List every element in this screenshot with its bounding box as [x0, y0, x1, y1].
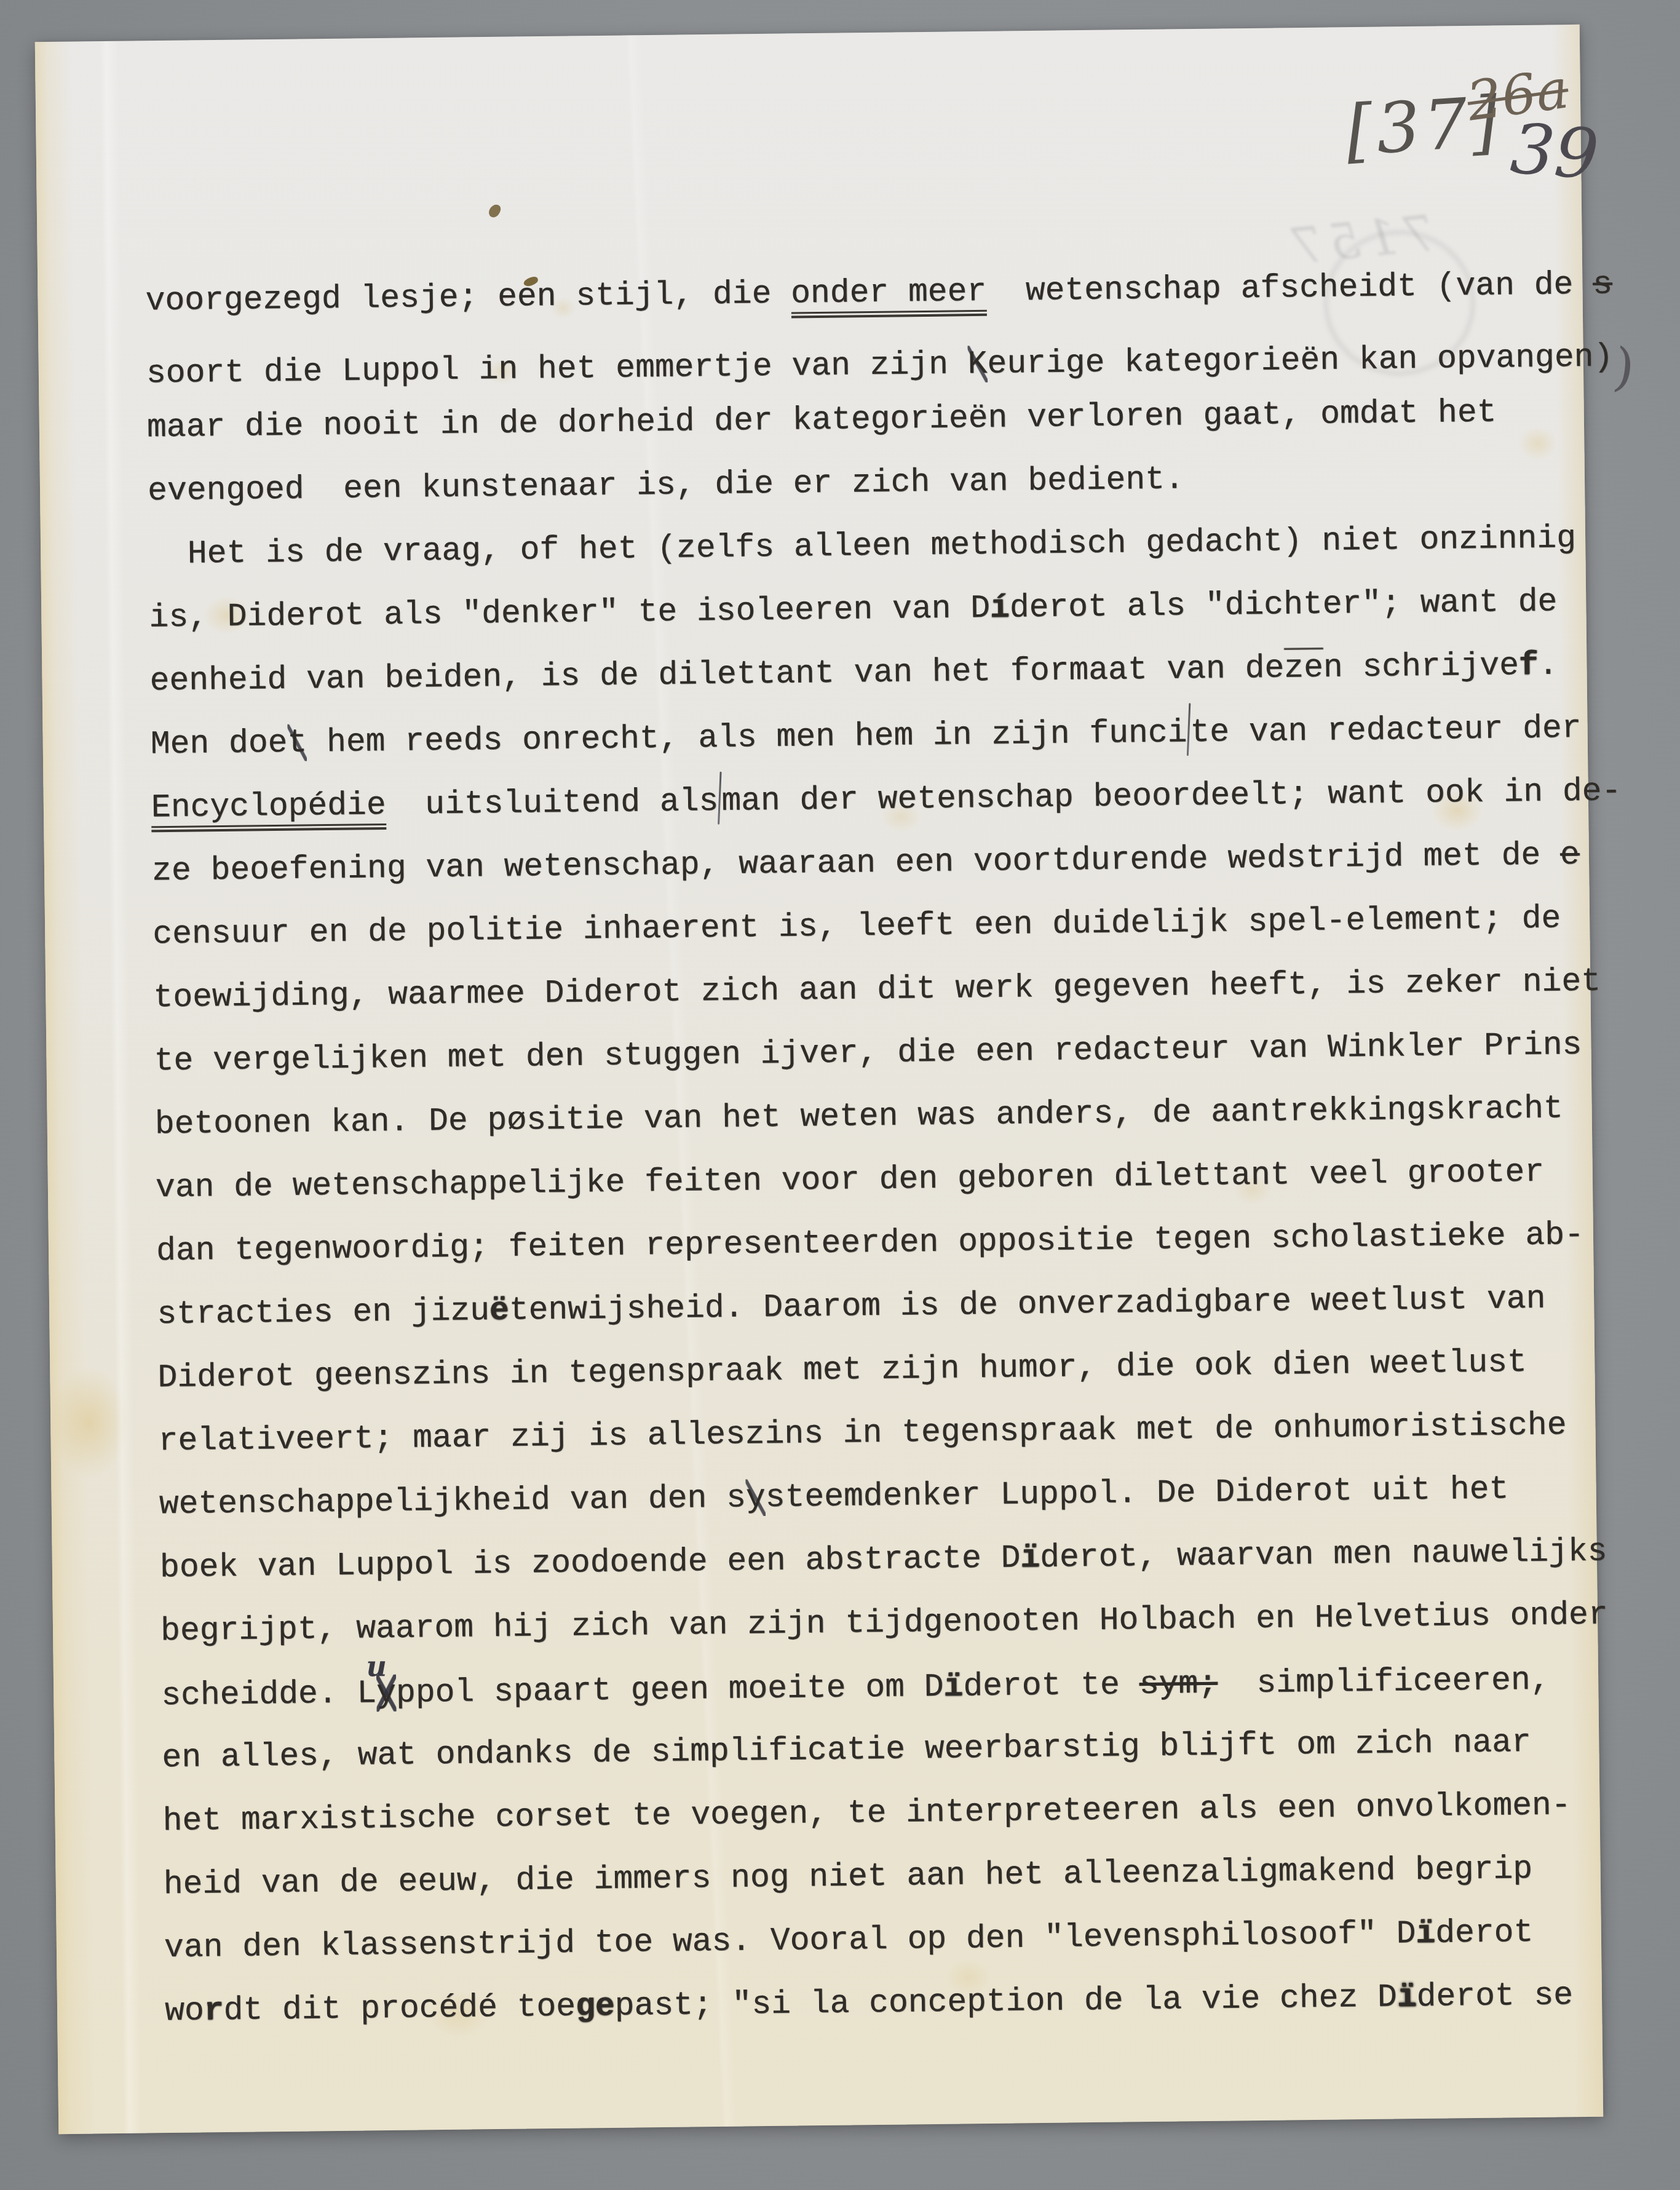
text-run: begrijpt, waarom hij zich van zijn tijdg…: [160, 1597, 1608, 1650]
pencil-page-number: 39: [1508, 109, 1601, 195]
ink-speck: [487, 202, 502, 219]
struck-text: e: [1560, 836, 1580, 873]
pencil-crossed-letter: t: [287, 724, 307, 761]
text-run: Het is de vraag, of het (zelfs alleen me…: [148, 520, 1576, 573]
struck-text: sym;: [1139, 1665, 1218, 1703]
overtyped-text: ï: [1416, 1915, 1435, 1952]
scanner-background: { "annotations": { "bracket_number": "[3…: [0, 0, 1680, 2190]
text-run: en alles, wat ondanks de simplificatie w…: [162, 1724, 1531, 1776]
text-run: evengoed een kunstenaar is, die er zich …: [148, 461, 1184, 509]
text-run: dt dit procédé toe: [223, 1988, 576, 2029]
text-run: steemdenker Luppol. De Diderot uit het: [765, 1470, 1508, 1516]
text-run: van de wetenschappelijke feiten voor den…: [156, 1154, 1545, 1207]
pencil-crossed-letter: K: [967, 346, 987, 383]
text-run: derot te: [963, 1666, 1139, 1705]
text-run: toewijding, waarmee Diderot zich aan dit…: [153, 963, 1601, 1017]
text-run: te van redacteur der: [1190, 710, 1582, 751]
overtyped-text: f: [1518, 647, 1538, 684]
text-run: van den klassenstrijd toe was. Vooral op…: [164, 1915, 1416, 1966]
underlined-text: onder meer: [791, 273, 987, 319]
text-run: stracties en jizu: [157, 1292, 489, 1333]
text-run: betoonen kan. De pøsitie van het weten w…: [154, 1090, 1563, 1143]
text-run: derot: [1435, 1914, 1534, 1952]
overlined-text: ze: [1284, 649, 1323, 687]
text-run: het marxistische corset te voegen, te in…: [162, 1787, 1571, 1839]
text-run: hem reeds onrecht, als men hem in zijn f…: [307, 714, 1187, 761]
text-run: simplificeeren,: [1217, 1662, 1550, 1702]
pencil-crossed-letter: y: [746, 1479, 766, 1516]
overtyped-text: ë: [489, 1292, 509, 1329]
overtyped-text: ï: [943, 1668, 963, 1705]
underlined-text: Encyclopédie: [151, 787, 386, 832]
text-run: wo: [165, 1992, 204, 2029]
overtyped-text: ï: [1020, 1539, 1040, 1576]
text-run: voorgezegd lesje; een stijl, die: [145, 275, 791, 319]
text-run: derot, waarvan men nauwelijks: [1040, 1533, 1607, 1576]
text-run: derot als "dichter"; want de: [1009, 583, 1557, 626]
text-run: man der wetenschap beoordeelt; want ook …: [721, 772, 1622, 820]
overtyped-text: ï: [1397, 1978, 1416, 2015]
text-run: ppol spaart geen moeite om D: [396, 1668, 944, 1712]
overtyped-text: r: [204, 1992, 223, 2029]
text-run: scheidde. L: [161, 1675, 377, 1714]
overtyped-text: ge: [576, 1988, 615, 2025]
text-run: Diderot geenszins in tegenspraak met zij…: [157, 1344, 1527, 1396]
text-run: wetenschap afscheidt (van de: [986, 266, 1593, 310]
text-run: is, Diderot als "denker" te isoleeren va…: [149, 590, 990, 637]
manuscript-paper: [37] 26a 39 7157 voorgezegd lesje; een s…: [35, 25, 1603, 2134]
text-run: uitsluitend als: [386, 783, 718, 823]
text-run: derot se: [1416, 1977, 1573, 2015]
overtyped-text: í: [990, 589, 1010, 626]
text-run: tenwijsheid. Daarom is de onverzadigbare…: [509, 1280, 1545, 1329]
text-run: maar die nooit in de dorheid der kategor…: [147, 394, 1497, 446]
text-run: relativeert; maar zij is alleszins in te…: [158, 1406, 1567, 1459]
text-run: censuur en de politie inhaerent is, leef…: [153, 900, 1561, 953]
struck-text: s: [1593, 266, 1612, 303]
text-run: soort die Luppol in het emmertje van zij…: [146, 346, 968, 392]
text-run: dan tegenwoordig; feiten representeerden…: [156, 1216, 1584, 1269]
text-run: eenheid van beiden, is de dilettant van …: [149, 649, 1284, 699]
text-run: eurige kategorieën kan opvangen): [987, 338, 1613, 383]
text-run: ze beoefening van wetenschap, waaraan ee…: [152, 836, 1561, 889]
text-run: past; "si la conception de la vie chez D: [614, 1978, 1397, 2024]
text-run: wetenschappelijkheid van den s: [159, 1479, 746, 1523]
text-run: heid van de eeuw, die immers nog niet aa…: [163, 1851, 1532, 1903]
text-run: .: [1538, 646, 1558, 683]
text-run: Men doe: [150, 724, 287, 763]
text-run: te vergelijken met den stuggen ijver, di…: [154, 1026, 1582, 1079]
typed-text-block: voorgezegd lesje; een stijl, die onder m…: [145, 253, 1578, 2043]
text-run: n schrijve: [1323, 647, 1519, 686]
text-run: boek van Luppol is zoodoende een abstrac…: [160, 1539, 1021, 1586]
